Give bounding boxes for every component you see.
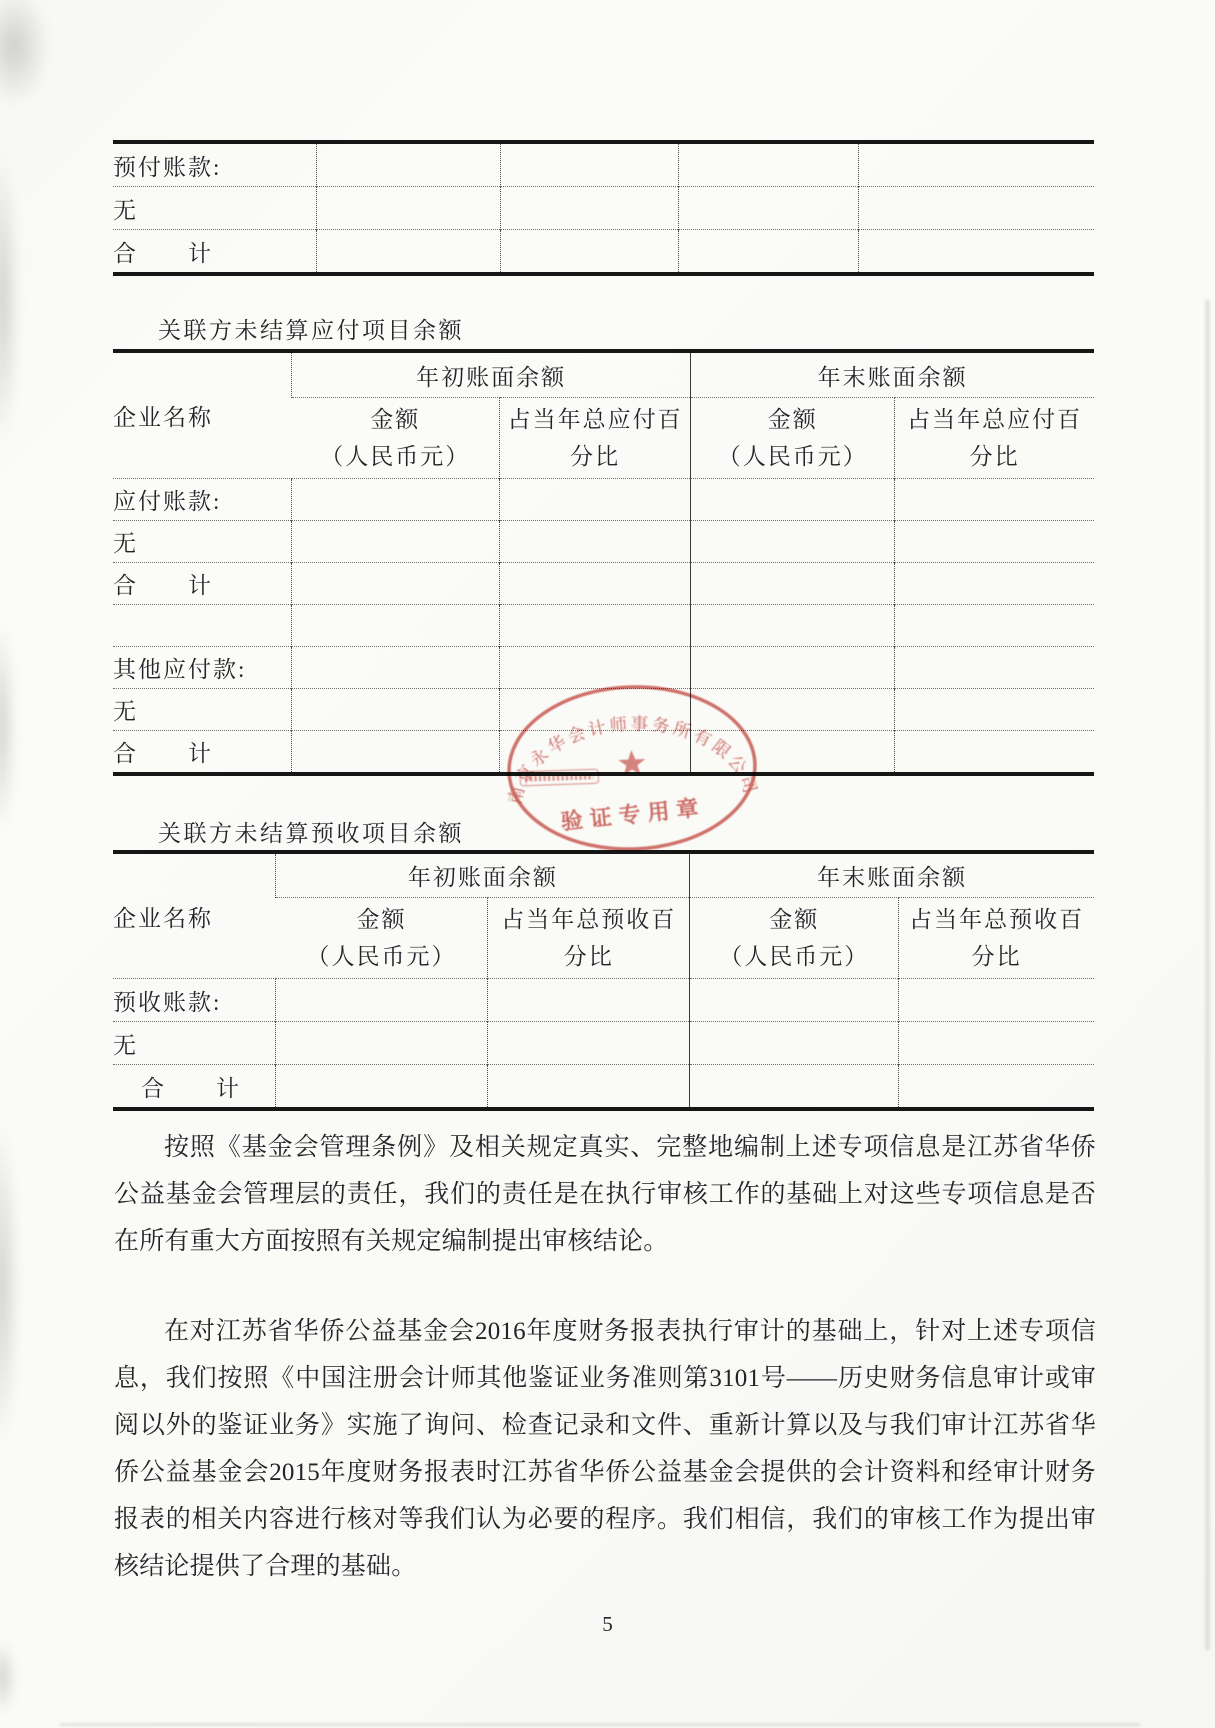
- table-cell-empty: [316, 187, 500, 230]
- row-label-total: 合 计: [113, 563, 292, 605]
- table-cell-empty: [690, 1022, 899, 1065]
- table-header-row: 企业名称 年初账面余额 年末账面余额: [113, 351, 1094, 398]
- row-label-advance: 预收账款:: [113, 979, 276, 1022]
- table-cell-empty: [895, 479, 1094, 521]
- subheader-pct-begin: 占当年总应付百 分比: [500, 398, 691, 479]
- table-cell-empty: [859, 142, 1094, 187]
- scan-artifact: [0, 1120, 20, 1450]
- row-label-total: 合 计: [113, 731, 292, 775]
- subheader-pct-line2: 分比: [895, 438, 1094, 475]
- table-cell-empty: [895, 647, 1094, 689]
- row-label-other-payable: 其他应付款:: [113, 647, 292, 689]
- stamp-label-text: 验证专用章: [560, 794, 707, 834]
- header-begin-group: 年初账面余额: [292, 351, 691, 398]
- row-label-prepaid: 预付账款:: [113, 142, 316, 187]
- subheader-amount-end: 金额 （人民币元）: [691, 398, 895, 479]
- table-cell-empty: [292, 731, 500, 775]
- table-cell-empty: [500, 230, 678, 275]
- subheader-pct-line2: 分比: [899, 938, 1094, 975]
- subheader-pct-end: 占当年总预收百 分比: [899, 898, 1094, 979]
- table-cell-empty: [859, 230, 1094, 275]
- table-cell-empty: [691, 563, 895, 605]
- table-cell-empty: [500, 521, 691, 563]
- table-cell-empty: [276, 1022, 488, 1065]
- table-cell-empty: [276, 979, 488, 1022]
- table-row: 预收账款:: [113, 979, 1094, 1022]
- table-cell-empty: [500, 647, 691, 689]
- table-cell-empty: [895, 563, 1094, 605]
- payable-section-heading: 关联方未结算应付项目余额: [158, 312, 464, 345]
- table-cell-empty: [488, 1065, 690, 1110]
- paragraph-responsibility: 按照《基金会管理条例》及相关规定真实、完整地编制上述专项信息是江苏省华侨公益基金…: [114, 1124, 1096, 1265]
- subheader-pct-line2: 分比: [488, 938, 689, 975]
- table-cell-empty: [899, 1022, 1094, 1065]
- scan-artifact: [0, 620, 16, 835]
- table-row: 预付账款:: [113, 142, 1094, 187]
- row-label-blank: [113, 605, 292, 647]
- scan-edge-line: [60, 1723, 1140, 1726]
- subheader-pct-end: 占当年总应付百 分比: [895, 398, 1094, 479]
- table-cell-empty: [292, 521, 500, 563]
- subheader-pct-line1: 占当年总应付百: [500, 401, 690, 438]
- subheader-amount-line1: 金额: [292, 401, 499, 438]
- header-end-group: 年末账面余额: [691, 351, 1094, 398]
- table-row: 合 计: [113, 230, 1094, 275]
- prepaid-balance-table: 预付账款: 无 合 计: [113, 140, 1094, 276]
- table-cell-empty: [678, 142, 859, 187]
- payable-balance-table: 企业名称 年初账面余额 年末账面余额 金额 （人民币元） 占当年总应付百 分比 …: [113, 349, 1094, 776]
- table-row: 其他应付款:: [113, 647, 1094, 689]
- subheader-amount-line2: （人民币元）: [276, 938, 487, 975]
- table-cell-empty: [292, 479, 500, 521]
- header-company: 企业名称: [113, 852, 276, 979]
- header-end-group: 年末账面余额: [690, 852, 1094, 898]
- table-cell-empty: [895, 689, 1094, 731]
- row-label-total: 合 计: [113, 230, 316, 275]
- table-cell-empty: [292, 647, 500, 689]
- table-cell-empty: [292, 605, 500, 647]
- table-cell-empty: [895, 605, 1094, 647]
- table-cell-empty: [500, 605, 691, 647]
- subheader-pct-line1: 占当年总预收百: [899, 901, 1094, 938]
- table-cell-empty: [488, 1022, 690, 1065]
- table-row: 无: [113, 1022, 1094, 1065]
- subheader-amount-line1: 金额: [691, 401, 894, 438]
- table-cell-empty: [859, 187, 1094, 230]
- table-row: 合 计: [113, 1065, 1094, 1110]
- row-label-payable: 应付账款:: [113, 479, 292, 521]
- table-cell-empty: [292, 689, 500, 731]
- table-cell-empty: [690, 1065, 899, 1110]
- table-cell-empty: [488, 979, 690, 1022]
- scan-artifact: [0, 150, 20, 450]
- scan-edge-line: [1205, 300, 1210, 1650]
- table-row: 合 计: [113, 563, 1094, 605]
- table-cell-empty: [292, 563, 500, 605]
- subheader-amount-line2: （人民币元）: [691, 438, 894, 475]
- advance-balance-table: 企业名称 年初账面余额 年末账面余额 金额 （人民币元） 占当年总预收百 分比 …: [113, 850, 1094, 1111]
- subheader-pct-line1: 占当年总应付百: [895, 401, 1094, 438]
- row-label-none: 无: [113, 1022, 276, 1065]
- scan-artifact: [0, 0, 50, 106]
- table-cell-empty: [690, 979, 899, 1022]
- table-row: 无: [113, 187, 1094, 230]
- table-cell-empty: [899, 1065, 1094, 1110]
- table-row-blank: [113, 605, 1094, 647]
- row-label-total: 合 计: [113, 1065, 276, 1110]
- table-cell-empty: [691, 479, 895, 521]
- header-begin-group: 年初账面余额: [276, 852, 690, 898]
- table-cell-empty: [500, 689, 691, 731]
- subheader-amount-line2: （人民币元）: [292, 438, 499, 475]
- table-row: 合 计: [113, 731, 1094, 775]
- table-cell-empty: [691, 647, 895, 689]
- table-row: 无: [113, 521, 1094, 563]
- subheader-amount-line1: 金额: [690, 901, 898, 938]
- advance-section-heading: 关联方未结算预收项目余额: [158, 815, 464, 848]
- table-cell-empty: [895, 731, 1094, 775]
- table-cell-empty: [276, 1065, 488, 1110]
- header-company: 企业名称: [113, 351, 292, 479]
- subheader-pct-line2: 分比: [500, 438, 690, 475]
- row-label-none: 无: [113, 689, 292, 731]
- subheader-pct-line1: 占当年总预收百: [488, 901, 689, 938]
- table-cell-empty: [691, 605, 895, 647]
- table-cell-empty: [500, 142, 678, 187]
- subheader-amount-begin: 金额 （人民币元）: [292, 398, 500, 479]
- table-row: 应付账款:: [113, 479, 1094, 521]
- scan-artifact: [0, 1640, 16, 1715]
- paragraph-audit-basis: 在对江苏省华侨公益基金会2016年度财务报表执行审计的基础上，针对上述专项信息，…: [114, 1308, 1096, 1590]
- table-cell-empty: [899, 979, 1094, 1022]
- table-cell-empty: [691, 521, 895, 563]
- table-cell-empty: [316, 230, 500, 275]
- table-cell-empty: [895, 521, 1094, 563]
- table-cell-empty: [500, 479, 691, 521]
- row-label-none: 无: [113, 187, 316, 230]
- row-label-none: 无: [113, 521, 292, 563]
- table-cell-empty: [500, 563, 691, 605]
- subheader-amount-end: 金额 （人民币元）: [690, 898, 899, 979]
- subheader-pct-begin: 占当年总预收百 分比: [488, 898, 690, 979]
- subheader-amount-line2: （人民币元）: [690, 938, 898, 975]
- table-row: 无: [113, 689, 1094, 731]
- table-cell-empty: [691, 689, 895, 731]
- table-cell-empty: [500, 187, 678, 230]
- table-cell-empty: [678, 187, 859, 230]
- table-header-row: 企业名称 年初账面余额 年末账面余额: [113, 852, 1094, 898]
- table-cell-empty: [691, 731, 895, 775]
- table-cell-empty: [500, 731, 691, 775]
- page-number: 5: [0, 1612, 1215, 1637]
- table-cell-empty: [316, 142, 500, 187]
- subheader-amount-line1: 金额: [276, 901, 487, 938]
- subheader-amount-begin: 金额 （人民币元）: [276, 898, 488, 979]
- table-cell-empty: [678, 230, 859, 275]
